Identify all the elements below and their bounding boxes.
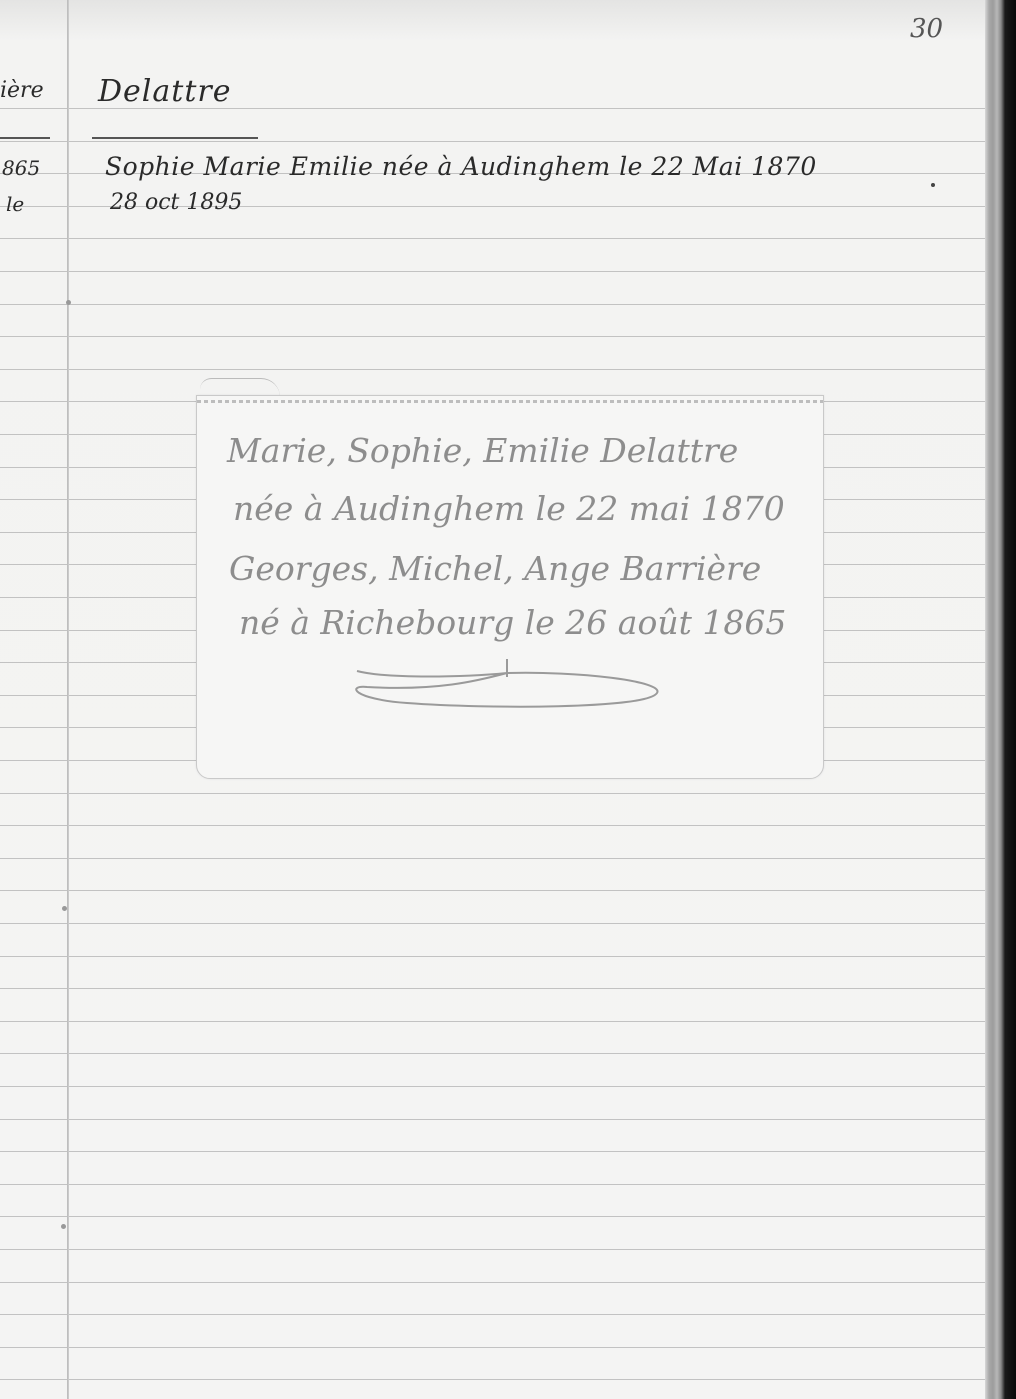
entry-date-line: 28 oct 1895 [110,190,242,215]
ruled-line [0,1379,985,1380]
page-number: 30 [910,14,943,44]
ruled-line [0,1184,985,1185]
ruled-line [0,1021,985,1022]
margin-line [67,0,69,1399]
ruled-line [0,1314,985,1315]
ruled-line [0,1282,985,1283]
ruled-line [0,238,985,239]
ruled-line [0,890,985,891]
card-line-1: Marie, Sophie, Emilie Delattre [227,431,738,470]
ruled-line [0,1086,985,1087]
ruled-line [0,271,985,272]
left-header-underline [0,137,50,139]
pasted-card: Marie, Sophie, Emilie Delattre née à Aud… [196,395,824,779]
ruled-line [0,923,985,924]
ruled-line [0,1151,985,1152]
ruled-line [0,304,985,305]
ruled-line [0,858,985,859]
ruled-line [0,1249,985,1250]
ruled-line [0,988,985,989]
entry-birth-line: Sophie Marie Emilie née à Audinghem le 2… [105,152,817,181]
card-line-2: née à Audinghem le 22 mai 1870 [233,489,785,528]
binding-hole [61,1224,66,1229]
left-column-header-fragment: ière [0,78,44,103]
ruled-line [0,369,985,370]
ink-dot [931,183,935,187]
card-line-4: né à Richebourg le 26 août 1865 [239,603,786,642]
ruled-line [0,825,985,826]
book-binding-edge [985,0,1016,1399]
ruled-line [0,956,985,957]
binding-hole [62,906,67,911]
ruled-line [0,1347,985,1348]
ruled-line [0,1216,985,1217]
binding-hole [66,300,71,305]
ruled-line [0,141,985,142]
signature-flourish-icon [347,651,667,711]
card-line-3: Georges, Michel, Ange Barrière [229,549,761,588]
surname-underline [92,137,258,139]
register-page: 30 ière Delattre 865 le Sophie Marie Emi… [0,0,985,1399]
card-perforated-edge [197,400,823,403]
left-column-fragment-2: le [6,192,24,216]
ruled-line [0,336,985,337]
ruled-line [0,1119,985,1120]
ruled-line [0,1053,985,1054]
ruled-line [0,793,985,794]
left-column-fragment-1: 865 [2,156,40,180]
entry-surname: Delattre [98,74,232,109]
